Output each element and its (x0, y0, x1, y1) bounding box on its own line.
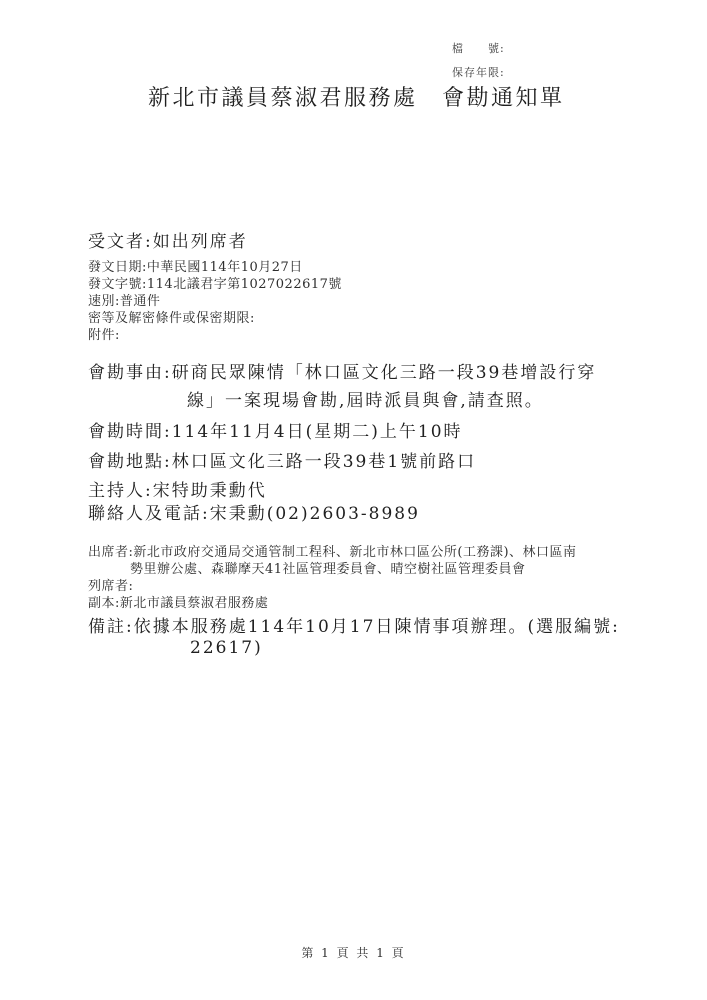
subject-line-1: 會勘事由:研商民眾陳情「林口區文化三路一段39巷增設行穿 (88, 358, 596, 383)
host-line: 主持人:宋特助秉勳代 (88, 476, 267, 501)
recipient-line: 受文者:如出列席者 (88, 227, 248, 252)
meta-block: 發文日期:中華民國114年10月27日 發文字號:114北議君字第1027022… (88, 259, 342, 344)
attachment-line: 附件: (88, 327, 342, 344)
file-number-label: 檔 號: (452, 37, 505, 61)
doc-number-line: 發文字號:114北議君字第1027022617號 (88, 276, 342, 293)
meeting-time-line: 會勘時間:114年11月4日(星期二)上午10時 (88, 417, 463, 442)
remarks-line-2: 22617) (190, 638, 263, 658)
copy-line: 副本:新北市議員蔡淑君服務處 (88, 592, 268, 611)
contact-line: 聯絡人及電話:宋秉勳(02)2603-8989 (88, 499, 420, 524)
document-title: 新北市議員蔡淑君服務處 會勘通知單 (148, 81, 565, 112)
security-class-line: 密等及解密條件或保密期限: (88, 310, 342, 327)
page-footer: 第 1 頁 共 1 頁 (0, 944, 707, 961)
archival-stamps: 檔 號: 保存年限: (452, 37, 505, 85)
subject-line-2: 線」一案現場會勘,屆時派員與會,請查照。 (187, 386, 544, 411)
attendees-line-2: 勢里辦公處、森聯摩天41社區管理委員會、晴空樹社區管理委員會 (130, 558, 526, 577)
document-page: 檔 號: 保存年限: 新北市議員蔡淑君服務處 會勘通知單 受文者:如出列席者 發… (0, 0, 707, 1000)
speed-class-line: 速別:普通件 (88, 293, 342, 310)
meeting-place-line: 會勘地點:林口區文化三路一段39巷1號前路口 (88, 447, 476, 472)
sent-date-line: 發文日期:中華民國114年10月27日 (88, 259, 342, 276)
remarks-line-1: 備註:依據本服務處114年10月17日陳情事項辦理。(選服編號: (88, 612, 620, 637)
